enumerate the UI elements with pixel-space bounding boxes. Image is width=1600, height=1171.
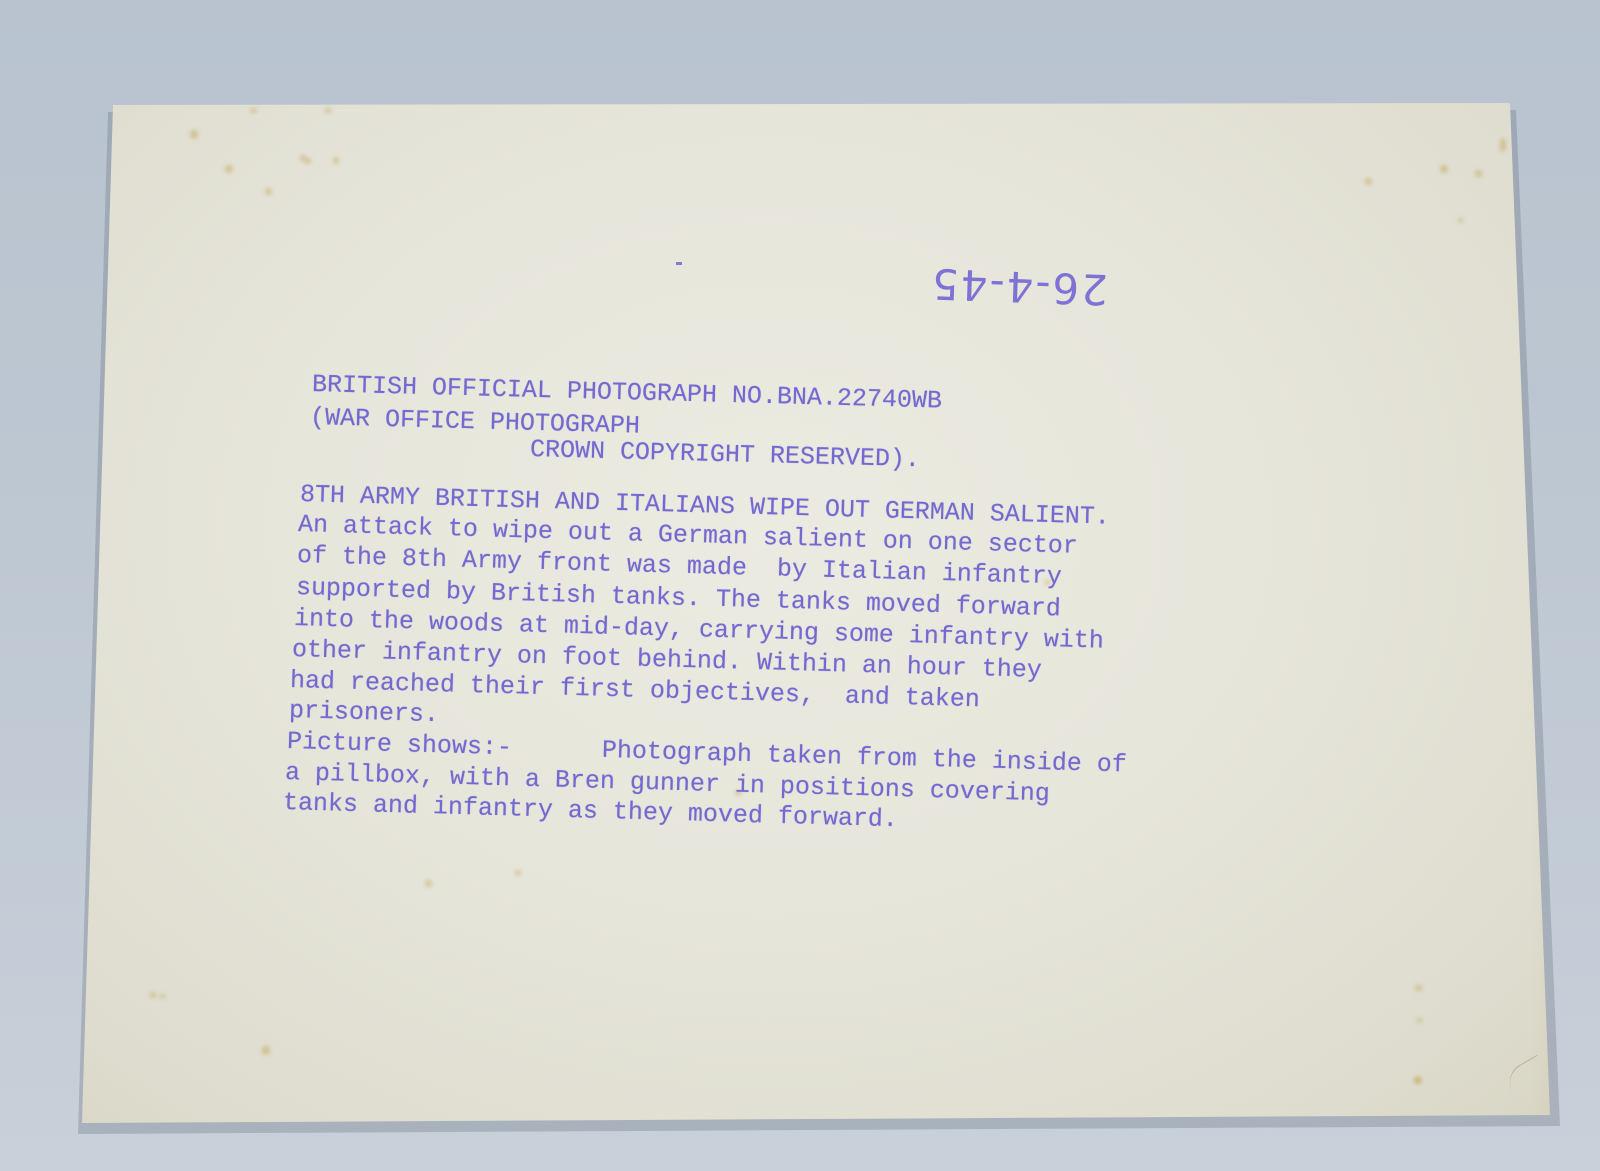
caption-line: prisoners. [289, 698, 440, 727]
typed-text: BRITISH OFFICIAL PHOTOGRAPH NO.BNA.22740… [0, 0, 1600, 1171]
header-line-3: CROWN COPYRIGHT RESERVED). [530, 437, 921, 472]
header-line-2: (WAR OFFICE PHOTOGRAPH [310, 405, 641, 439]
